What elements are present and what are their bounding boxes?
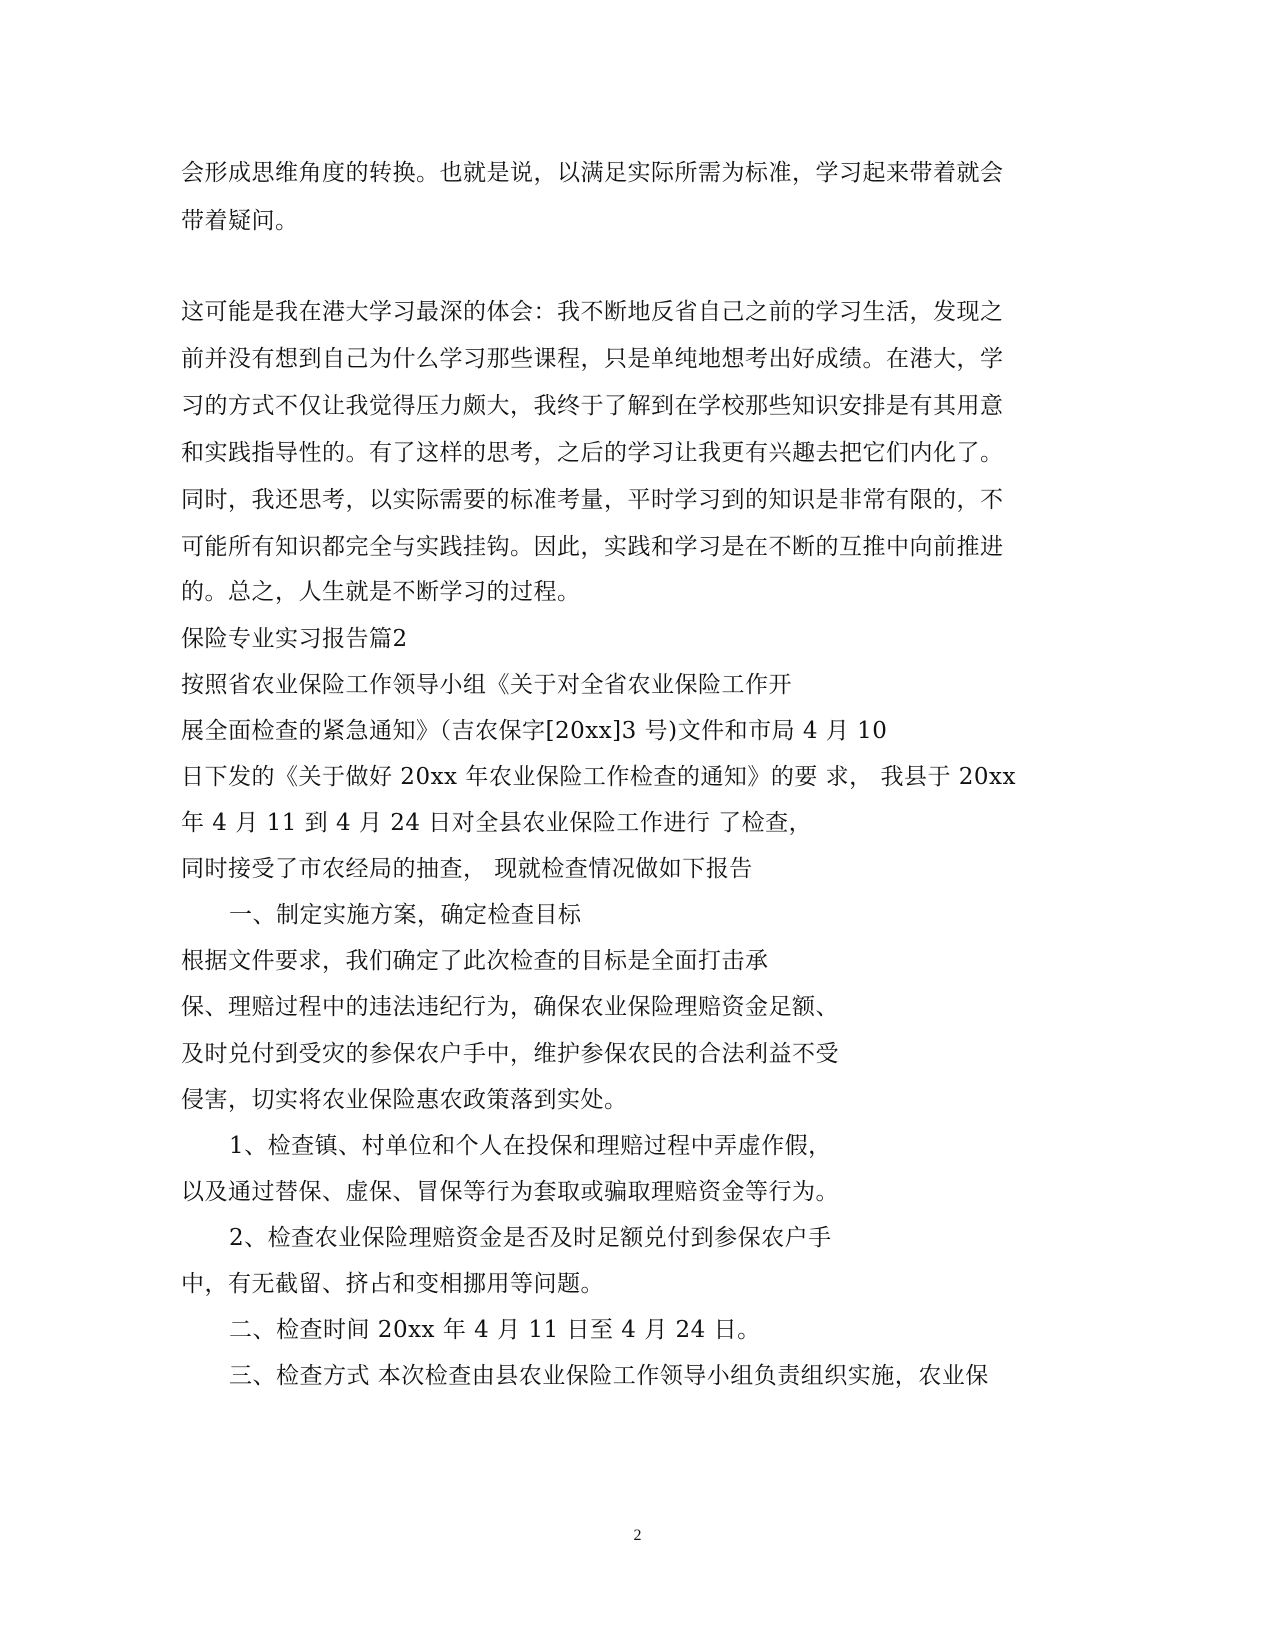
text-line: 一、制定实施方案，确定检查目标 [229,900,582,930]
text-line: 按照省农业保险工作领导小组《关于对全省农业保险工作开 [181,670,792,700]
text-line: 可能所有知识都完全与实践挂钩。因此，实践和学习是在不断的互推中向前推进 [181,532,1004,562]
text-line: 2、检查农业保险理赔资金是否及时足额兑付到参保农户手 [229,1223,832,1253]
text-line: 的。总之，人生就是不断学习的过程。 [181,577,581,607]
page-number: 2 [0,1527,1275,1545]
text-line: 展全面检查的紧急通知》（吉农保字[20xx]3 号)文件和市局 4 月 10 [181,716,887,746]
text-line: 1、检查镇、村单位和个人在投保和理赔过程中弄虚作假， [229,1131,832,1161]
text-line: 同时接受了市农经局的抽查， 现就检查情况做如下报告 [181,854,753,884]
text-line: 带着疑问。 [181,206,299,236]
text-line: 及时兑付到受灾的参保农户手中，维护参保农民的合法利益不受 [181,1039,839,1069]
text-line: 会形成思维角度的转换。也就是说，以满足实际所需为标准，学习起来带着就会 [181,158,1004,188]
text-line: 前并没有想到自己为什么学习那些课程，只是单纯地想考出好成绩。在港大，学 [181,344,1004,374]
section-heading: 保险专业实习报告篇2 [181,624,408,654]
text-line: 以及通过替保、虚保、冒保等行为套取或骗取理赔资金等行为。 [181,1177,839,1207]
text-line: 年 4 月 11 到 4 月 24 日对全县农业保险工作进行 了检查， [181,808,812,838]
text-line: 侵害，切实将农业保险惠农政策落到实处。 [181,1085,628,1115]
text-line: 二、检查时间 20xx 年 4 月 11 日至 4 月 24 日。 [229,1315,761,1345]
text-line: 中，有无截留、挤占和变相挪用等问题。 [181,1269,604,1299]
text-line: 根据文件要求，我们确定了此次检查的目标是全面打击承 [181,946,769,976]
text-line: 这可能是我在港大学习最深的体会：我不断地反省自己之前的学习生活，发现之 [181,297,1004,327]
text-line: 日下发的《关于做好 20xx 年农业保险工作检查的通知》的要 求， 我县于 20… [181,762,1016,792]
text-line: 习的方式不仅让我觉得压力颇大，我终于了解到在学校那些知识安排是有其用意 [181,391,1004,421]
text-line: 和实践指导性的。有了这样的思考，之后的学习让我更有兴趣去把它们内化了。 [181,438,1004,468]
text-line: 保、理赔过程中的违法违纪行为，确保农业保险理赔资金足额、 [181,992,839,1022]
text-line: 三、检查方式 本次检查由县农业保险工作领导小组负责组织实施，农业保 [229,1361,989,1391]
document-page: 会形成思维角度的转换。也就是说，以满足实际所需为标准，学习起来带着就会带着疑问。… [0,0,1275,1651]
text-line: 同时，我还思考，以实际需要的标准考量，平时学习到的知识是非常有限的，不 [181,485,1004,515]
